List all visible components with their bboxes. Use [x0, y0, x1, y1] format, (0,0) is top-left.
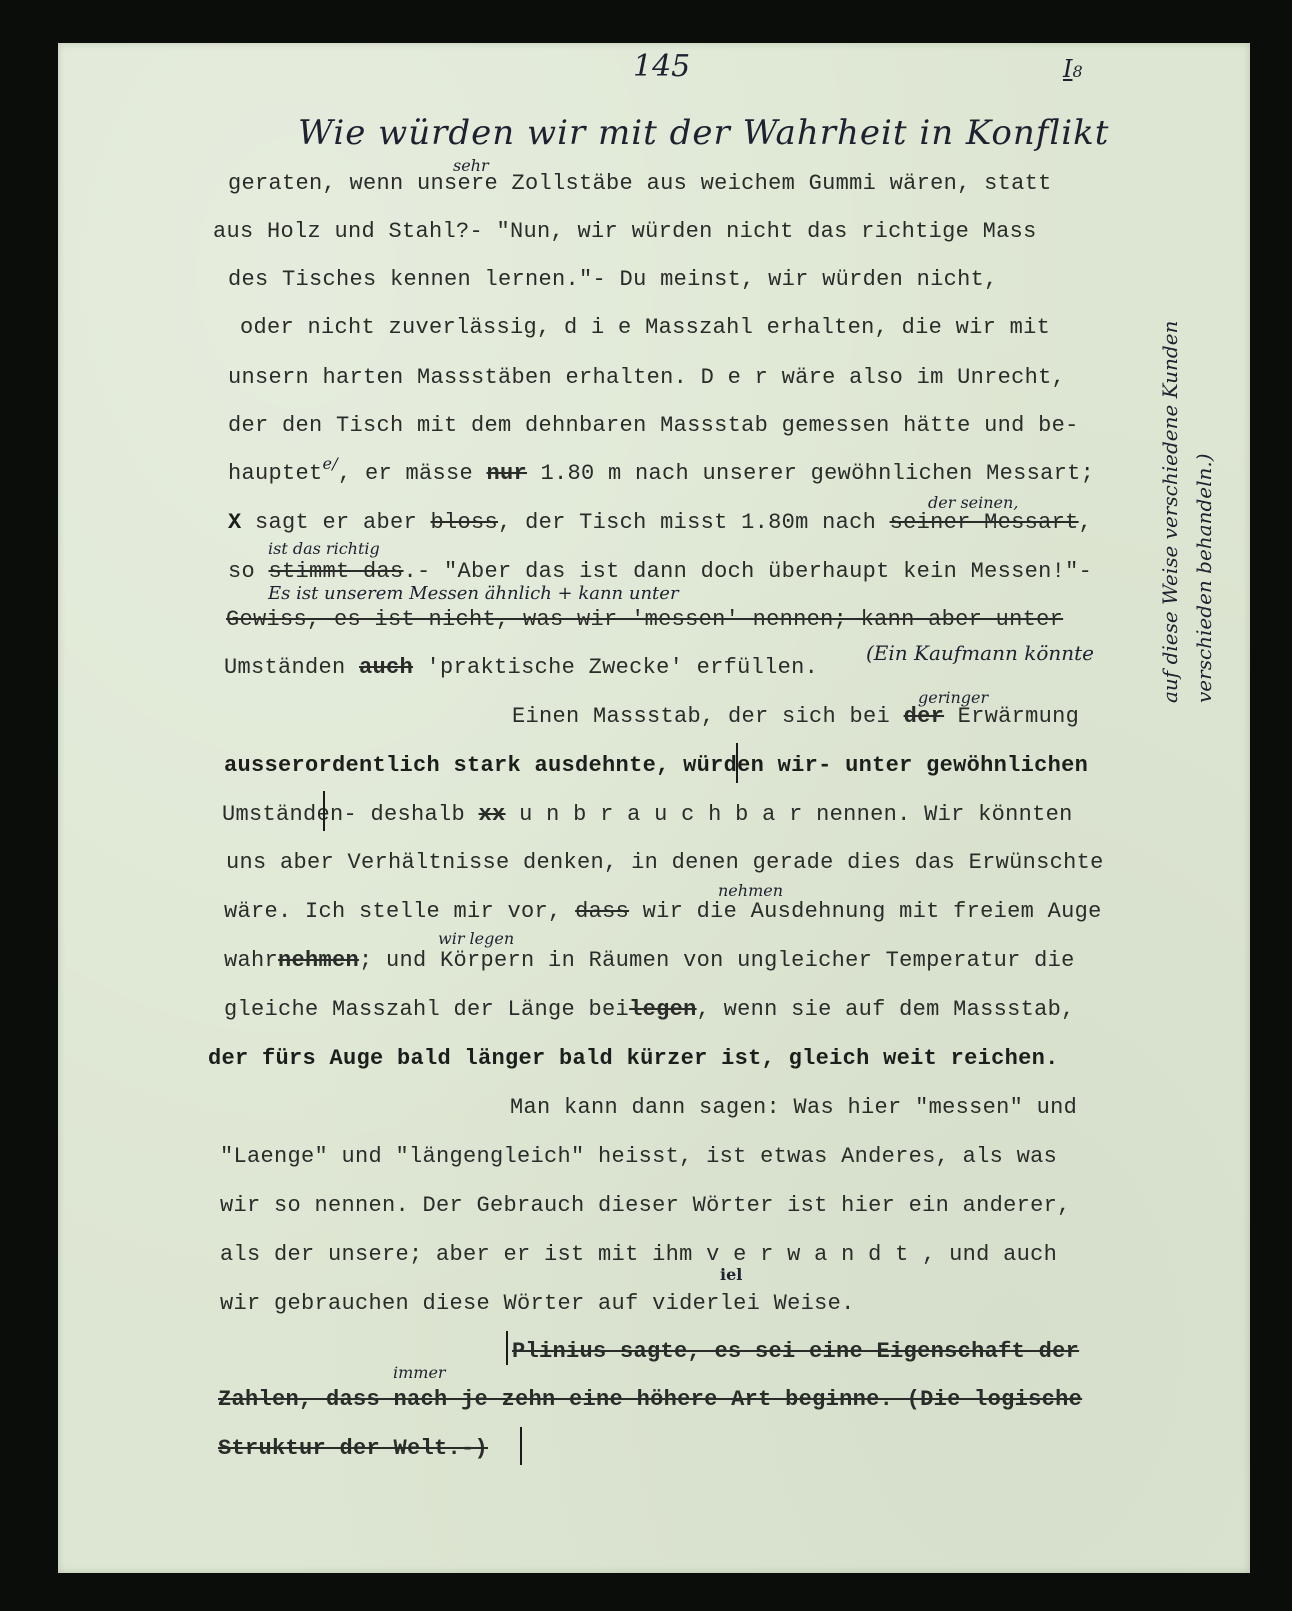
struck-word: dass	[575, 899, 629, 924]
typed-line: X sagt er aber bloss, der Tisch misst 1.…	[228, 510, 1092, 535]
struck-phrase: seiner Messart	[890, 510, 1079, 535]
struck-word: legen	[629, 997, 697, 1022]
struck-line: Plinius sagte, es sei eine Eigenschaft d…	[512, 1339, 1079, 1364]
manuscript-page: 145 I8 Wie würden wir mit der Wahrheit i…	[58, 43, 1250, 1573]
struck-line: Struktur der Welt.-)	[218, 1436, 488, 1461]
deletion-bracket-end	[520, 1427, 522, 1465]
typed-line: "Laenge" und "längengleich" heisst, ist …	[220, 1144, 1057, 1169]
typed-line: des Tisches kennen lernen."- Du meinst, …	[228, 267, 998, 292]
handwritten-replacement: Es ist unserem Messen ähnlich + kann unt…	[268, 583, 679, 604]
struck-phrase: stimmt das	[269, 559, 404, 584]
struck-word: bloss	[431, 510, 499, 535]
typed-line: der den Tisch mit dem dehnbaren Massstab…	[228, 413, 1079, 438]
typed-line: Umständen- deshalb xx u n b r a u c h b …	[222, 802, 1073, 827]
margin-note: auf diese Weise verschiedene Kunden vers…	[1153, 143, 1243, 703]
typed-line: unsern harten Massstäben erhalten. D e r…	[228, 365, 1065, 390]
typed-line: so stimmt das.- "Aber das ist dann doch …	[228, 559, 1092, 584]
typed-line: Einen Massstab, der sich bei der Erwärmu…	[512, 704, 1079, 729]
struck-letter: X	[228, 510, 242, 535]
page-number: 145	[633, 49, 690, 84]
typed-line: ausserordentlich stark ausdehnte, würden…	[224, 753, 1088, 778]
insertion-mark	[323, 791, 325, 831]
deletion-bracket-start	[506, 1331, 508, 1365]
struck-word: nur	[487, 461, 528, 486]
struck-word: auch	[359, 655, 413, 680]
handwritten-heading: Wie würden wir mit der Wahrheit in Konfl…	[298, 113, 1109, 153]
typed-line: wir so nennen. Der Gebrauch dieser Wörte…	[220, 1193, 1071, 1218]
handwritten-note: (Ein Kaufmann könnte	[866, 641, 1094, 665]
typed-line: geraten, wenn unsere Zollstäbe aus weich…	[228, 171, 1052, 196]
typed-line: aus Holz und Stahl?- "Nun, wir würden ni…	[213, 219, 1037, 244]
typed-line: uns aber Verhältnisse denken, in denen g…	[226, 850, 1104, 875]
insertion-above: immer	[393, 1363, 446, 1382]
typed-line: wahrnehmen; und Körpern in Räumen von un…	[224, 948, 1075, 973]
typed-line: Man kann dann sagen: Was hier "messen" u…	[510, 1095, 1077, 1120]
margin-note-line: auf diese Weise verschiedene Kunden	[1153, 321, 1187, 703]
typed-line: wäre. Ich stelle mir vor, dass wir die A…	[224, 899, 1102, 924]
folio-mark: I8	[1063, 55, 1083, 83]
typed-line: oder nicht zuverlässig, d i e Masszahl e…	[240, 315, 1050, 340]
struck-word: nehmen	[278, 948, 359, 973]
folio-number: 8	[1072, 62, 1082, 81]
handwritten-insertion: e/	[323, 454, 338, 473]
typed-line: gleiche Masszahl der Länge beilegen, wen…	[224, 997, 1075, 1022]
struck-line: Gewiss, es ist nicht, was wir 'messen' n…	[226, 607, 1063, 632]
insertion-above: wir legen	[438, 929, 514, 948]
struck-word: der	[904, 704, 945, 729]
typed-line: wir gebrauchen diese Wörter auf viderlei…	[220, 1291, 855, 1316]
insertion-above: ist das richtig	[268, 539, 380, 558]
insertion-above: nehmen	[718, 881, 783, 900]
typed-line: der fürs Auge bald länger bald kürzer is…	[208, 1046, 1059, 1071]
typed-line: als der unsere; aber er ist mit ihm v e …	[220, 1242, 1057, 1267]
insertion-mark	[736, 743, 738, 783]
insertion-above: iel	[720, 1265, 742, 1284]
margin-note-line: verschieden behandeln.)	[1187, 321, 1221, 703]
struck-word: xx	[479, 802, 506, 827]
struck-line: Zahlen, dass nach je zehn eine höhere Ar…	[218, 1387, 1082, 1412]
typed-line: Umständen auch 'praktische Zwecke' erfül…	[224, 655, 818, 680]
typed-line: hauptete/, er mässe nur 1.80 m nach unse…	[228, 461, 1094, 486]
